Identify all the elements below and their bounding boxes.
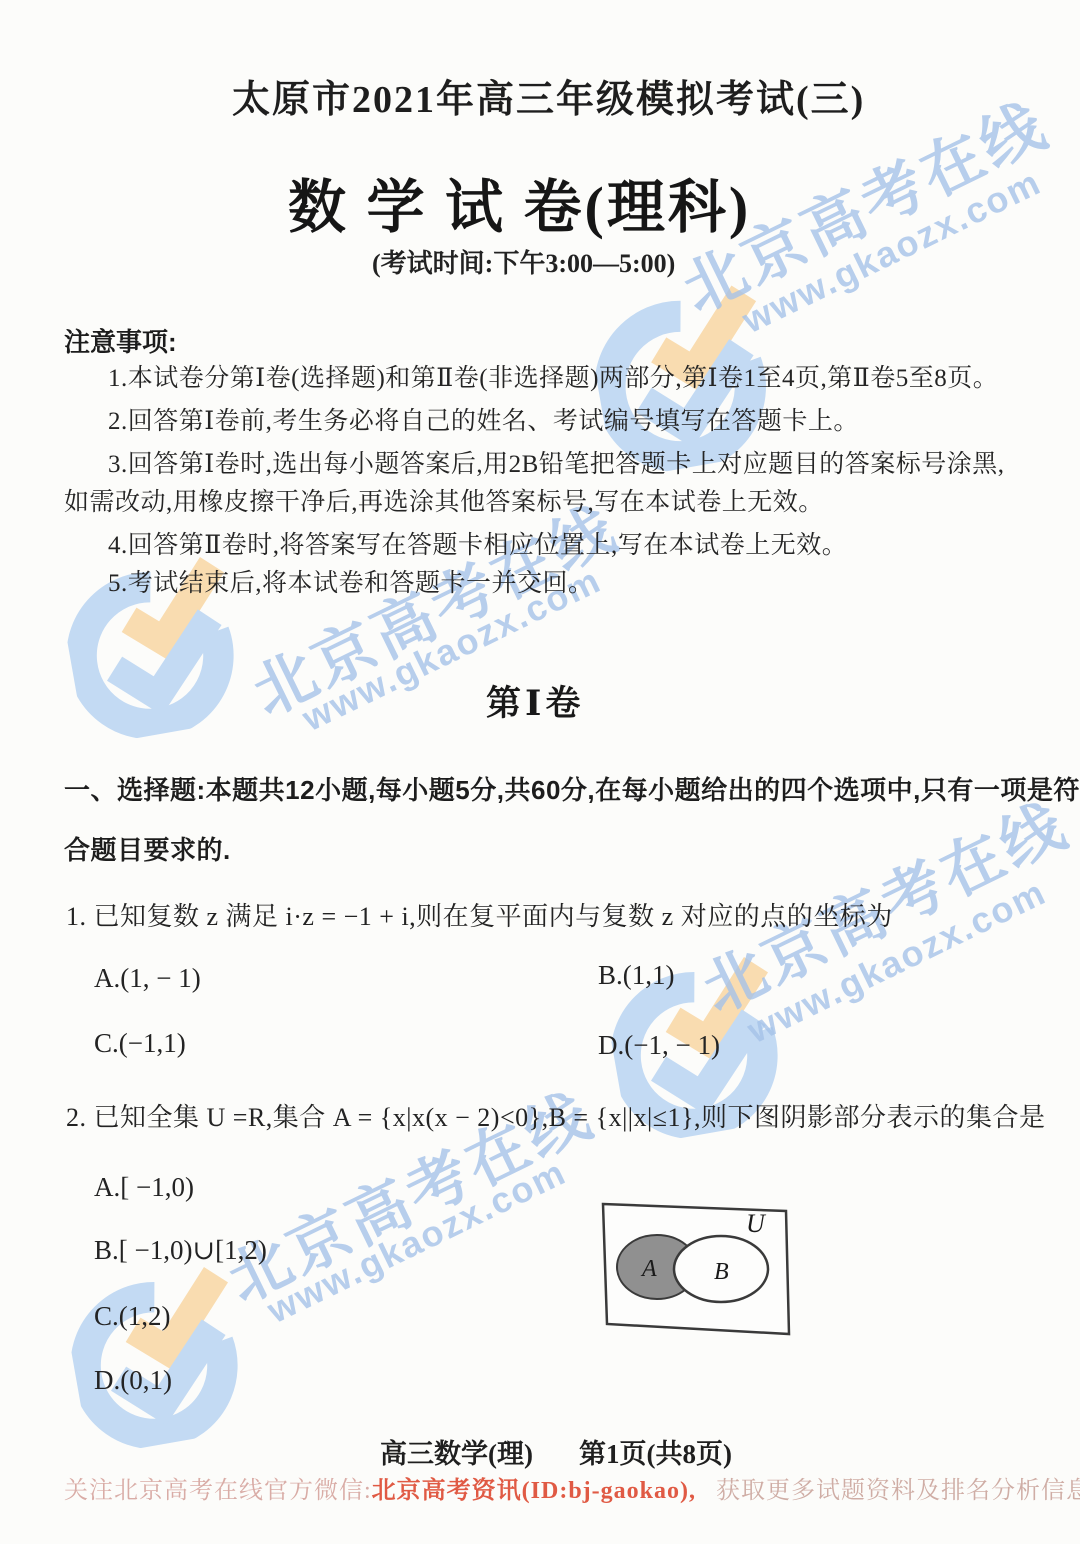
notice-line-4: 4.回答第Ⅱ卷时,将答案写在答题卡相应位置上,写在本试卷上无效。 bbox=[108, 525, 847, 561]
notice-line-1: 1.本试卷分第Ⅰ卷(选择题)和第Ⅱ卷(非选择题)两部分,第Ⅰ卷1至4页,第Ⅱ卷5… bbox=[108, 358, 998, 394]
notice-line-3-continued: 如需改动,用橡皮擦干净后,再选涂其他答案标号,写在本试卷上无效。 bbox=[64, 482, 824, 518]
question-1-option-d: D.(−1, − 1) bbox=[598, 1030, 720, 1061]
venn-set-a-label: A bbox=[640, 1256, 657, 1282]
question-1-option-c: C.(−1,1) bbox=[94, 1028, 186, 1059]
question-2-option-c: C.(1,2) bbox=[94, 1301, 171, 1332]
question-2-option-d: D.(0,1) bbox=[94, 1365, 172, 1396]
exam-paper-page: 北京高考在线 www.gkaozx.com 北京高考在线 www.gkaozx.… bbox=[0, 0, 1080, 1544]
promo-wechat-id: 北京高考资讯(ID:bj-gaokao), bbox=[372, 1478, 696, 1504]
multiple-choice-intro-line-2: 合题目要求的. bbox=[64, 830, 231, 867]
page-footer: 高三数学(理)第1页(共8页) bbox=[380, 1432, 732, 1471]
question-1-option-b: B.(1,1) bbox=[598, 960, 675, 991]
promo-suffix-text: 获取更多试题资料及排名分析信息。 bbox=[716, 1478, 1080, 1504]
multiple-choice-intro-line-1: 一、选择题:本题共12小题,每小题5分,共60分,在每小题给出的四个选项中,只有… bbox=[64, 770, 1080, 807]
part1-heading: 第Ⅰ卷 bbox=[486, 676, 584, 726]
question-2-option-b: B.[ −1,0)∪[1,2) bbox=[94, 1235, 267, 1266]
subject-title: 数 学 试 卷(理科) bbox=[288, 160, 751, 244]
exam-title: 太原市2021年高三年级模拟考试(三) bbox=[232, 68, 865, 123]
venn-set-b-label: B bbox=[714, 1259, 729, 1285]
notice-line-5: 5.考试结束后,将本试卷和答题卡一并交回。 bbox=[108, 563, 594, 599]
question-1-option-a: A.(1, − 1) bbox=[94, 963, 201, 994]
footer-page-number: 第1页(共8页) bbox=[579, 1439, 732, 1469]
question-2-stem: 2. 已知全集 U =R,集合 A = {x|x(x − 2)<0},B = {… bbox=[66, 1097, 1045, 1134]
exam-time-note: (考试时间:下午3:00—5:00) bbox=[372, 243, 675, 280]
question-1-stem: 1. 已知复数 z 满足 i·z = −1 + i,则在复平面内与复数 z 对应… bbox=[66, 896, 893, 933]
notice-line-3: 3.回答第Ⅰ卷时,选出每小题答案后,用2B铅笔把答题卡上对应题目的答案标号涂黑, bbox=[108, 444, 1005, 480]
footer-course-label: 高三数学(理) bbox=[380, 1439, 533, 1469]
question-2-option-a: A.[ −1,0) bbox=[94, 1172, 194, 1203]
promo-line: 关注北京高考在线官方微信:北京高考资讯(ID:bj-gaokao),获取更多试题… bbox=[64, 1470, 1080, 1505]
notice-line-2: 2.回答第Ⅰ卷前,考生务必将自己的姓名、考试编号填写在答题卡上。 bbox=[108, 401, 859, 437]
promo-prefix-text: 关注北京高考在线官方微信: bbox=[64, 1478, 372, 1504]
venn-diagram: U A B bbox=[596, 1198, 796, 1346]
venn-universe-label: U bbox=[746, 1209, 767, 1238]
notice-heading: 注意事项: bbox=[64, 322, 177, 359]
